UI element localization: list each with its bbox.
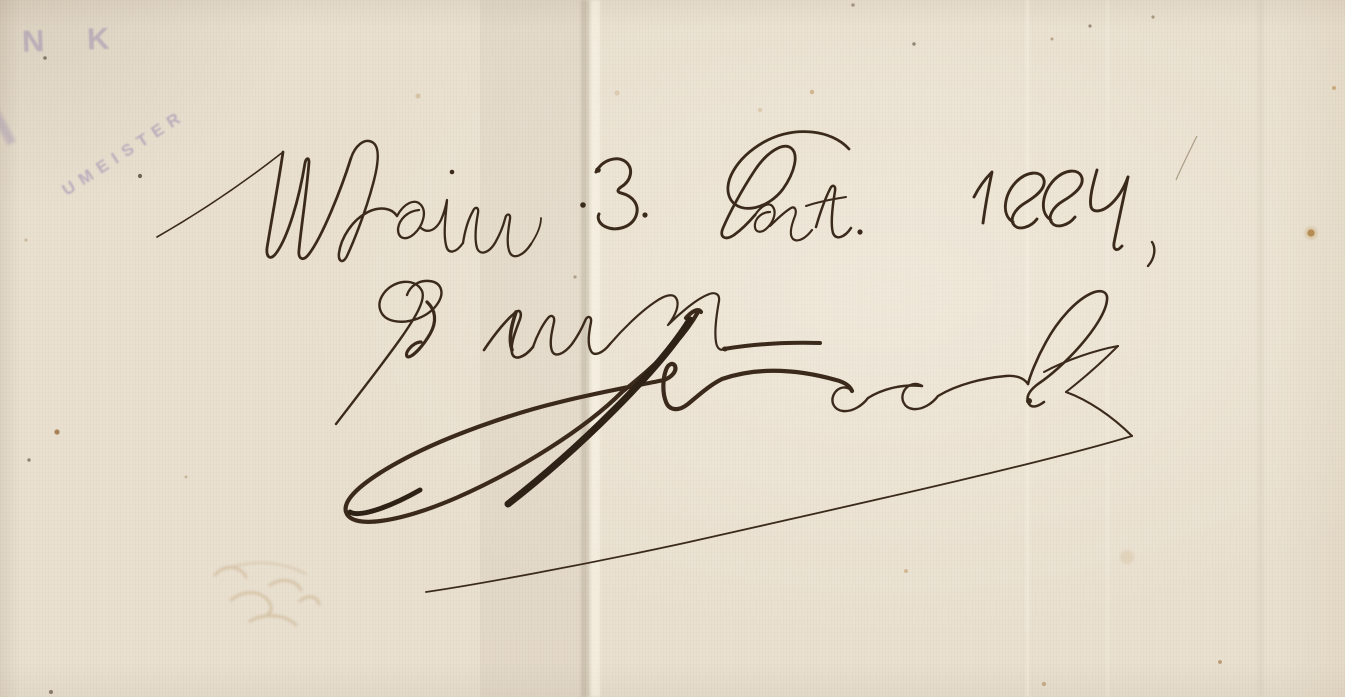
paper-scratch [1176,136,1197,180]
signature-name [346,291,1132,522]
handwriting-layer [0,0,1345,697]
handwritten-date [157,132,1154,266]
signature-prefix [336,281,820,424]
paper-background: N K UMEISTER Wien 3. Sept. 1884, Junck [0,0,1345,697]
foxing-spots [25,3,1337,694]
ink-bleed-smudge [215,563,319,625]
